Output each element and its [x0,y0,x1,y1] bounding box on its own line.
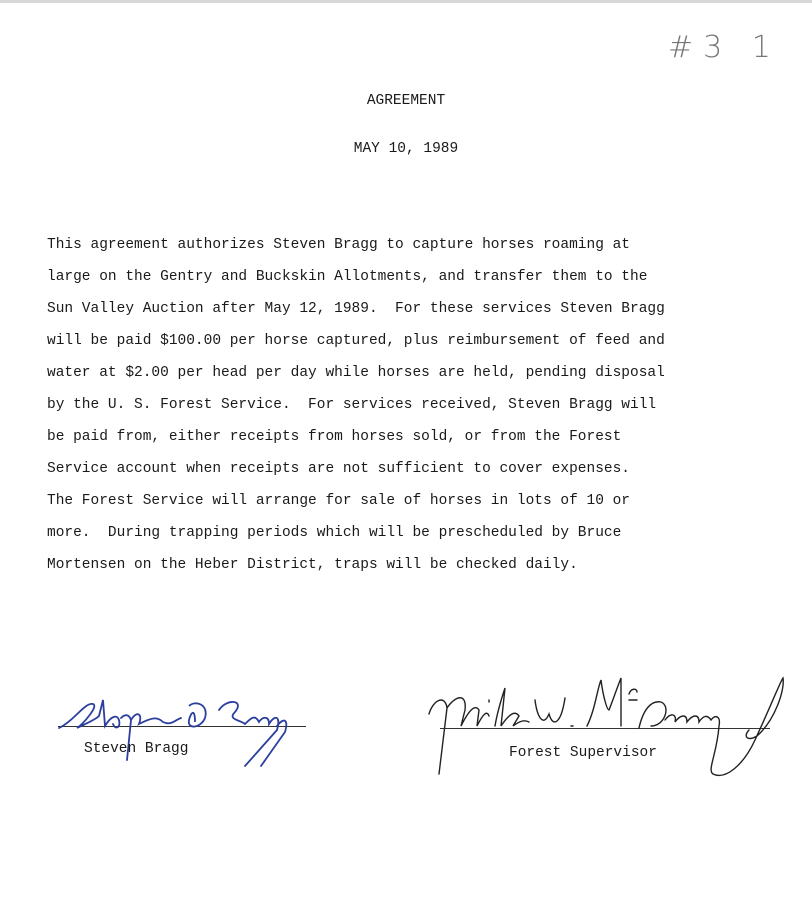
signature-bragg [55,690,295,770]
signatory-name-bragg: Steven Bragg [84,741,188,757]
scan-edge [0,0,812,3]
body-line: by the U. S. Forest Service. For service… [47,393,767,425]
body-line: will be paid $100.00 per horse captured,… [47,329,767,361]
agreement-body: This agreement authorizes Steven Bragg t… [47,233,767,585]
body-line: be paid from, either receipts from horse… [47,425,767,457]
body-line: Sun Valley Auction after May 12, 1989. F… [47,297,767,329]
document-title: AGREEMENT [0,93,812,109]
body-line: Service account when receipts are not su… [47,457,767,489]
document-date: MAY 10, 1989 [0,141,812,157]
body-line: The Forest Service will arrange for sale… [47,489,767,521]
body-line: This agreement authorizes Steven Bragg t… [47,233,767,265]
signatory-title-supervisor: Forest Supervisor [509,745,657,761]
handwritten-page-number: #3 1 [668,30,781,65]
body-line: more. During trapping periods which will… [47,521,767,553]
body-line: water at $2.00 per head per day while ho… [47,361,767,393]
body-line: large on the Gentry and Buckskin Allotme… [47,265,767,297]
body-line: Mortensen on the Heber District, traps w… [47,553,767,585]
signature-supervisor [425,670,795,780]
